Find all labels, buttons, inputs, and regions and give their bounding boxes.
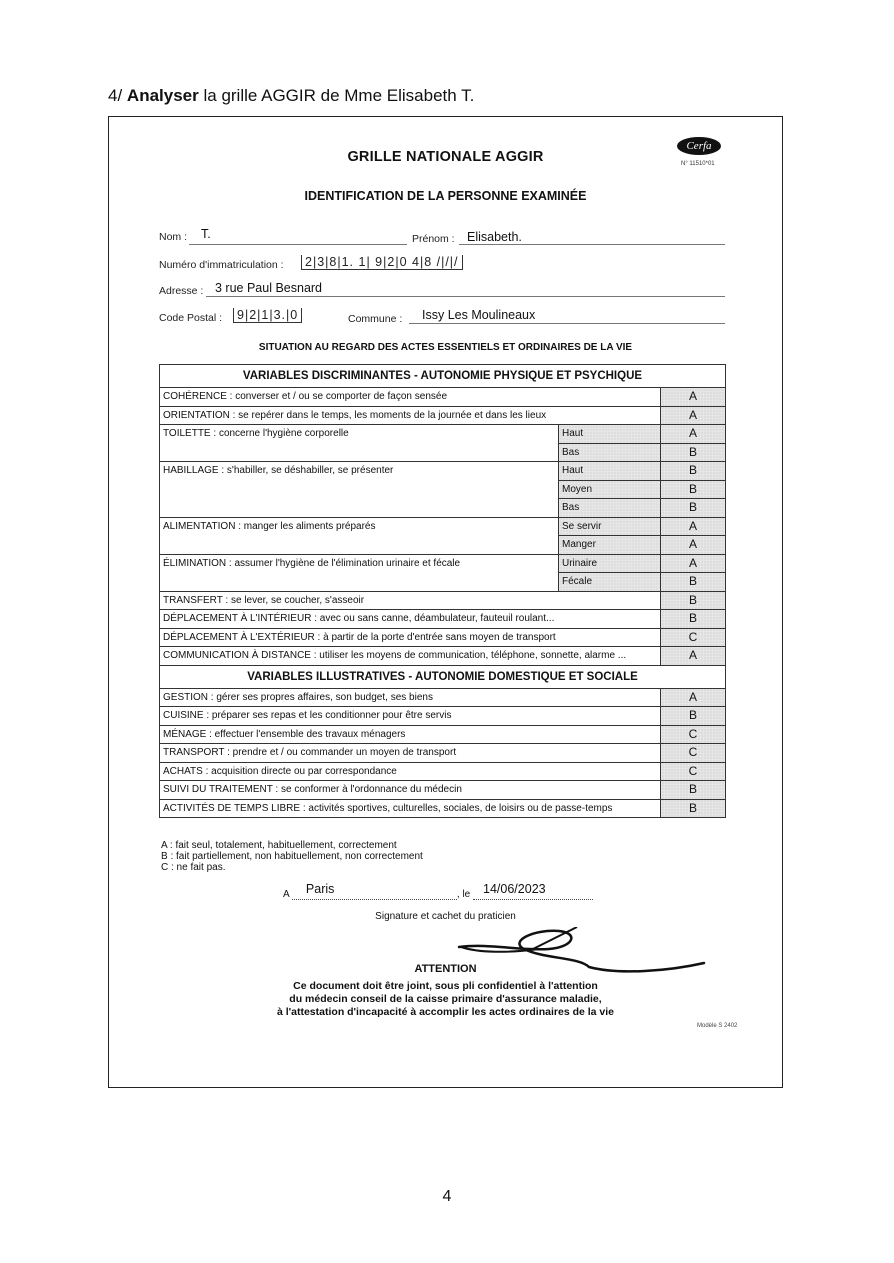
score-cell: C	[661, 744, 726, 763]
score-cell: B	[661, 499, 726, 518]
place-prefix: A	[283, 889, 289, 900]
sub-variable-label: Bas	[559, 499, 661, 518]
score-cell: A	[661, 554, 726, 573]
attention-line: du médecin conseil de la caisse primaire…	[109, 993, 782, 1006]
aggir-grid: VARIABLES DISCRIMINANTES - AUTONOMIE PHY…	[159, 364, 726, 818]
score-cell: A	[661, 406, 726, 425]
sub-variable-label: Manger	[559, 536, 661, 555]
nom-line	[189, 244, 407, 245]
score-cell: B	[661, 707, 726, 726]
table-row: SUIVI DU TRAITEMENT : se conformer à l'o…	[160, 781, 726, 800]
sub-variable-label: Urinaire	[559, 554, 661, 573]
modele-reference: Modèle S 2402	[697, 1023, 737, 1029]
score-cell: C	[661, 628, 726, 647]
signature-caption: Signature et cachet du praticien	[109, 911, 782, 922]
table-row: ORIENTATION : se repérer dans le temps, …	[160, 406, 726, 425]
discriminantes-header: VARIABLES DISCRIMINANTES - AUTONOMIE PHY…	[160, 365, 726, 388]
place-date-line: A Paris , le 14/06/2023	[283, 885, 593, 900]
table-row: GESTION : gérer ses propres affaires, so…	[160, 688, 726, 707]
sub-variable-label: Moyen	[559, 480, 661, 499]
score-cell: B	[661, 799, 726, 818]
discriminante-variable-label: TOILETTE : concerne l'hygiène corporelle	[160, 425, 559, 462]
table-row: ALIMENTATION : manger les aliments prépa…	[160, 517, 726, 536]
date-value: 14/06/2023	[483, 882, 546, 896]
place-value: Paris	[306, 882, 334, 896]
score-cell: A	[661, 425, 726, 444]
prenom-line	[459, 244, 725, 245]
cerfa-number: N° 11510*01	[681, 161, 715, 167]
exercise-number: 4/	[108, 86, 122, 105]
date-field: 14/06/2023	[473, 885, 593, 900]
commune-label: Commune :	[348, 313, 402, 325]
score-cell: A	[661, 536, 726, 555]
attention-notice: Ce document doit être joint, sous pli co…	[109, 980, 782, 1019]
code-postal-label: Code Postal :	[159, 312, 222, 324]
illustrative-variable-label: SUIVI DU TRAITEMENT : se conformer à l'o…	[160, 781, 661, 800]
table-row: ACTIVITÉS DE TEMPS LIBRE : activités spo…	[160, 799, 726, 818]
table-row: HABILLAGE : s'habiller, se déshabiller, …	[160, 462, 726, 481]
commune-value: Issy Les Moulineaux	[422, 308, 535, 322]
adresse-value: 3 rue Paul Besnard	[215, 281, 322, 295]
score-cell: A	[661, 647, 726, 666]
score-cell: B	[661, 443, 726, 462]
table-row: ACHATS : acquisition directe ou par corr…	[160, 762, 726, 781]
legend-c: C : ne fait pas.	[161, 862, 423, 873]
attention-title: ATTENTION	[109, 963, 782, 975]
code-postal-value-wrap: 9|2|1|3.|0	[233, 308, 302, 323]
table-row: MÉNAGE : effectuer l'ensemble des travau…	[160, 725, 726, 744]
table-row: ÉLIMINATION : assumer l'hygiène de l'éli…	[160, 554, 726, 573]
table-row: TOILETTE : concerne l'hygiène corporelle…	[160, 425, 726, 444]
illustratives-header: VARIABLES ILLUSTRATIVES - AUTONOMIE DOME…	[160, 665, 726, 688]
sub-variable-label: Bas	[559, 443, 661, 462]
table-row: TRANSPORT : prendre et / ou commander un…	[160, 744, 726, 763]
score-cell: B	[661, 610, 726, 629]
table-row: DÉPLACEMENT À L'INTÉRIEUR : avec ou sans…	[160, 610, 726, 629]
page-number: 4	[0, 1188, 894, 1206]
discriminante-variable-label: DÉPLACEMENT À L'EXTÉRIEUR : à partir de …	[160, 628, 661, 647]
nom-field: Nom :	[159, 231, 187, 243]
score-cell: C	[661, 762, 726, 781]
prenom-label: Prénom :	[412, 233, 455, 245]
score-cell: B	[661, 480, 726, 499]
sub-variable-label: Se servir	[559, 517, 661, 536]
discriminante-variable-label: TRANSFERT : se lever, se coucher, s'asse…	[160, 591, 661, 610]
score-cell: B	[661, 462, 726, 481]
sub-variable-label: Haut	[559, 462, 661, 481]
illustrative-variable-label: GESTION : gérer ses propres affaires, so…	[160, 688, 661, 707]
immatriculation-value-wrap: 2|3|8|1. 1| 9|2|0 4|8 /|/|/	[301, 255, 463, 270]
score-cell: A	[661, 388, 726, 407]
illustrative-variable-label: ACTIVITÉS DE TEMPS LIBRE : activités spo…	[160, 799, 661, 818]
legend-b: B : fait partiellement, non habituelleme…	[161, 851, 423, 862]
score-cell: B	[661, 573, 726, 592]
place-field: Paris	[292, 885, 457, 900]
discriminante-variable-label: ORIENTATION : se repérer dans le temps, …	[160, 406, 661, 425]
exercise-heading: 4/ Analyser la grille AGGIR de Mme Elisa…	[108, 86, 474, 106]
nom-label: Nom :	[159, 231, 187, 243]
section-title: SITUATION AU REGARD DES ACTES ESSENTIELS…	[109, 342, 782, 353]
discriminante-variable-label: COMMUNICATION À DISTANCE : utiliser les …	[160, 647, 661, 666]
adresse-line	[206, 296, 725, 297]
date-prefix: , le	[457, 889, 470, 900]
score-cell: B	[661, 781, 726, 800]
discriminante-variable-label: ALIMENTATION : manger les aliments prépa…	[160, 517, 559, 554]
score-cell: C	[661, 725, 726, 744]
discriminante-variable-label: DÉPLACEMENT À L'INTÉRIEUR : avec ou sans…	[160, 610, 661, 629]
exercise-verb: Analyser	[127, 86, 199, 105]
aggir-form: GRILLE NATIONALE AGGIR Cerfa N° 11510*01…	[108, 116, 783, 1088]
immatriculation-value: 2|3|8|1. 1| 9|2|0 4|8 /|/|/	[301, 255, 463, 270]
sub-variable-label: Fécale	[559, 573, 661, 592]
code-postal-value: 9|2|1|3.|0	[233, 308, 302, 323]
illustrative-variable-label: TRANSPORT : prendre et / ou commander un…	[160, 744, 661, 763]
table-row: DÉPLACEMENT À L'EXTÉRIEUR : à partir de …	[160, 628, 726, 647]
table-row: TRANSFERT : se lever, se coucher, s'asse…	[160, 591, 726, 610]
discriminante-variable-label: ÉLIMINATION : assumer l'hygiène de l'éli…	[160, 554, 559, 591]
table-row: COHÉRENCE : converser et / ou se comport…	[160, 388, 726, 407]
illustrative-variable-label: CUISINE : préparer ses repas et les cond…	[160, 707, 661, 726]
sub-variable-label: Haut	[559, 425, 661, 444]
adresse-label: Adresse :	[159, 285, 203, 297]
discriminante-variable-label: HABILLAGE : s'habiller, se déshabiller, …	[160, 462, 559, 518]
commune-line	[409, 323, 725, 324]
immatriculation-label: Numéro d'immatriculation :	[159, 259, 284, 271]
score-legend: A : fait seul, totalement, habituellemen…	[161, 840, 423, 873]
discriminante-variable-label: COHÉRENCE : converser et / ou se comport…	[160, 388, 661, 407]
prenom-value: Elisabeth.	[467, 230, 522, 244]
cerfa-logo-icon: Cerfa	[677, 137, 721, 155]
legend-a: A : fait seul, totalement, habituellemen…	[161, 840, 423, 851]
nom-value: T.	[201, 227, 211, 241]
score-cell: A	[661, 517, 726, 536]
score-cell: A	[661, 688, 726, 707]
table-row: COMMUNICATION À DISTANCE : utiliser les …	[160, 647, 726, 666]
form-subtitle: IDENTIFICATION DE LA PERSONNE EXAMINÉE	[109, 189, 782, 203]
exercise-text: la grille AGGIR de Mme Elisabeth T.	[203, 86, 474, 105]
attention-line: à l'attestation d'incapacité à accomplir…	[109, 1006, 782, 1019]
illustrative-variable-label: ACHATS : acquisition directe ou par corr…	[160, 762, 661, 781]
attention-line: Ce document doit être joint, sous pli co…	[109, 980, 782, 993]
score-cell: B	[661, 591, 726, 610]
illustrative-variable-label: MÉNAGE : effectuer l'ensemble des travau…	[160, 725, 661, 744]
table-row: CUISINE : préparer ses repas et les cond…	[160, 707, 726, 726]
